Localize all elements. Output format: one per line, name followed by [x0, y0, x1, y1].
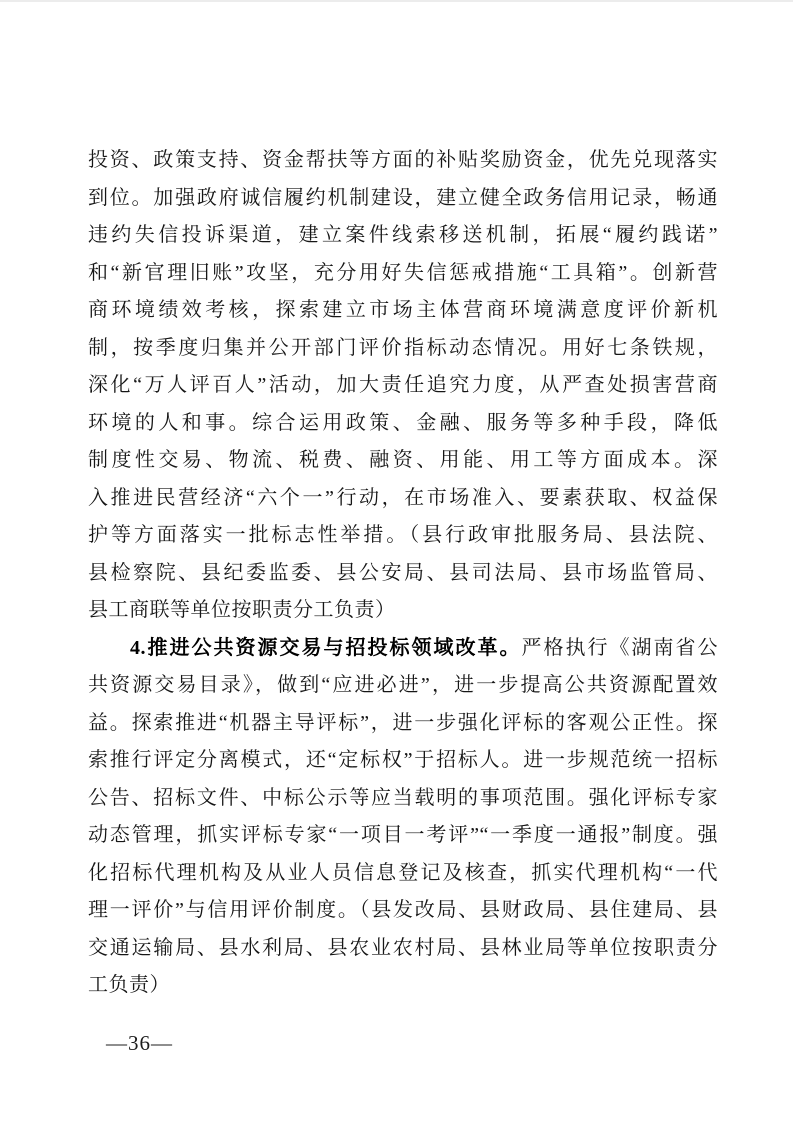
body-line: 深化“万人评百人”活动，加大责任追究力度，从严查处损害营商: [88, 367, 718, 405]
body-line: 制度性交易、物流、税费、融资、用能、用工等方面成本。深: [88, 442, 718, 480]
paragraph2-heading-rest: 严格执行《湖南省公: [522, 637, 719, 659]
body-line: 公告、招标文件、中标公示等应当载明的事项范围。强化评标专家: [88, 780, 718, 818]
paragraph2-heading: 4.推进公共资源交易与招投标领域改革。: [130, 637, 522, 659]
body-line: 护等方面落实一批标志性举措。（县行政审批服务局、县法院、: [88, 517, 718, 555]
document-body: 投资、政策支持、资金帮扶等方面的补贴奖励资金，优先兑现落实 到位。加强政府诚信履…: [88, 142, 718, 1005]
page-number: —36—: [106, 1028, 173, 1058]
body-line: 交通运输局、县水利局、县农业农村局、县林业局等单位按职责分: [88, 930, 718, 968]
document-page: 投资、政策支持、资金帮扶等方面的补贴奖励资金，优先兑现落实 到位。加强政府诚信履…: [0, 0, 793, 1122]
body-line-paragraph2-end: 工负责）: [88, 967, 718, 1005]
body-line: 投资、政策支持、资金帮扶等方面的补贴奖励资金，优先兑现落实: [88, 142, 718, 180]
body-line: 违约失信投诉渠道，建立案件线索移送机制，拓展“履约践诺”: [88, 217, 718, 255]
body-line: 化招标代理机构及从业人员信息登记及核查，抓实代理机构“一代: [88, 855, 718, 893]
body-line: 商环境绩效考核，探索建立市场主体营商环境满意度评价新机: [88, 292, 718, 330]
body-line-paragraph2-first: 4.推进公共资源交易与招投标领域改革。严格执行《湖南省公: [88, 630, 718, 668]
body-line: 入推进民营经济“六个一”行动，在市场准入、要素获取、权益保: [88, 480, 718, 518]
body-line: 环境的人和事。综合运用政策、金融、服务等多种手段，降低: [88, 405, 718, 443]
body-line: 县检察院、县纪委监委、县公安局、县司法局、县市场监管局、: [88, 555, 718, 593]
body-line: 理一评价”与信用评价制度。（县发改局、县财政局、县住建局、县: [88, 892, 718, 930]
body-line-paragraph1-end: 县工商联等单位按职责分工负责）: [88, 592, 718, 630]
body-line: 共资源交易目录》，做到“应进必进”，进一步提高公共资源配置效: [88, 667, 718, 705]
body-line: 到位。加强政府诚信履约机制建设，建立健全政务信用记录，畅通: [88, 180, 718, 218]
body-line: 益。探索推进“机器主导评标”，进一步强化评标的客观公正性。探: [88, 705, 718, 743]
body-line: 索推行评定分离模式，还“定标权”于招标人。进一步规范统一招标: [88, 742, 718, 780]
body-line: 和“新官理旧账”攻坚，充分用好失信惩戒措施“工具箱”。创新营: [88, 255, 718, 293]
body-line: 动态管理，抓实评标专家“一项目一考评”“一季度一通报”制度。强: [88, 817, 718, 855]
body-line: 制，按季度归集并公开部门评价指标动态情况。用好七条铁规，: [88, 330, 718, 368]
